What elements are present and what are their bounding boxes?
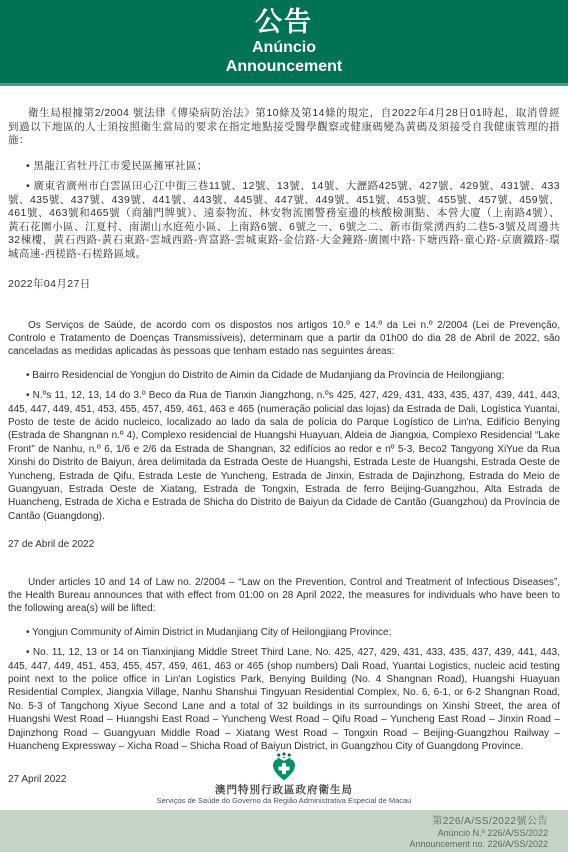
zh-date: 2022年04月27日 xyxy=(8,278,560,292)
header-banner: 公告 Anúncio Announcement xyxy=(0,0,568,86)
zh-area-item-2: • 廣東省廣州市白雲區田心江中街三巷11號、12號、13號、14號、大瀝路425… xyxy=(8,180,560,261)
en-intro-paragraph: Under articles 10 and 14 of Law no. 2/20… xyxy=(8,576,560,616)
pt-area-item-2: • N.ºs 11, 12, 13, 14 do 3.º Beco da Rua… xyxy=(8,389,560,523)
bureau-signature-block: 澳門特別行政區政府衛生局 Serviços de Saúde do Govern… xyxy=(0,752,568,810)
reference-number-en: Announcement no. 226/A/SS/2022 xyxy=(0,839,548,850)
reference-number-band: 第226/A/SS/2022號公告 Anúncio N.º 226/A/SS/2… xyxy=(0,810,568,852)
reference-number-pt: Anúncio N.º 226/A/SS/2022 xyxy=(0,828,548,839)
en-area-item-1: • Yongjun Community of Aimin District in… xyxy=(8,626,560,639)
page-title-en: Announcement xyxy=(0,57,568,76)
health-bureau-logo-icon xyxy=(0,752,568,782)
page-title-pt: Anúncio xyxy=(0,38,568,57)
pt-date: 27 de Abril de 2022 xyxy=(8,538,560,551)
en-area-item-2: • No. 11, 12, 13 or 14 on Tianxinjiang M… xyxy=(8,646,560,753)
zh-area-item-1: • 黑龍江省牡丹江市愛民區擁軍社區； xyxy=(8,160,560,174)
pt-area-item-1: • Bairro Residencial de Yongjun do Distr… xyxy=(8,369,560,382)
bureau-name-zh: 澳門特別行政區政府衛生局 xyxy=(0,784,568,796)
bureau-name-pt: Serviços de Saúde do Governo da Região A… xyxy=(0,796,568,806)
announcement-page: 公告 Anúncio Announcement 衛生局根據第2/2004 號法律… xyxy=(0,0,568,852)
pt-intro-paragraph: Os Serviços de Saúde, de acordo com os d… xyxy=(8,319,560,359)
document-body: 衛生局根據第2/2004 號法律《傳染病防治法》第10條及第14條的規定，自20… xyxy=(0,107,568,787)
zh-intro-paragraph: 衛生局根據第2/2004 號法律《傳染病防治法》第10條及第14條的規定，自20… xyxy=(8,107,560,148)
page-title-zh: 公告 xyxy=(0,6,568,38)
reference-number-zh: 第226/A/SS/2022號公告 xyxy=(0,815,548,828)
